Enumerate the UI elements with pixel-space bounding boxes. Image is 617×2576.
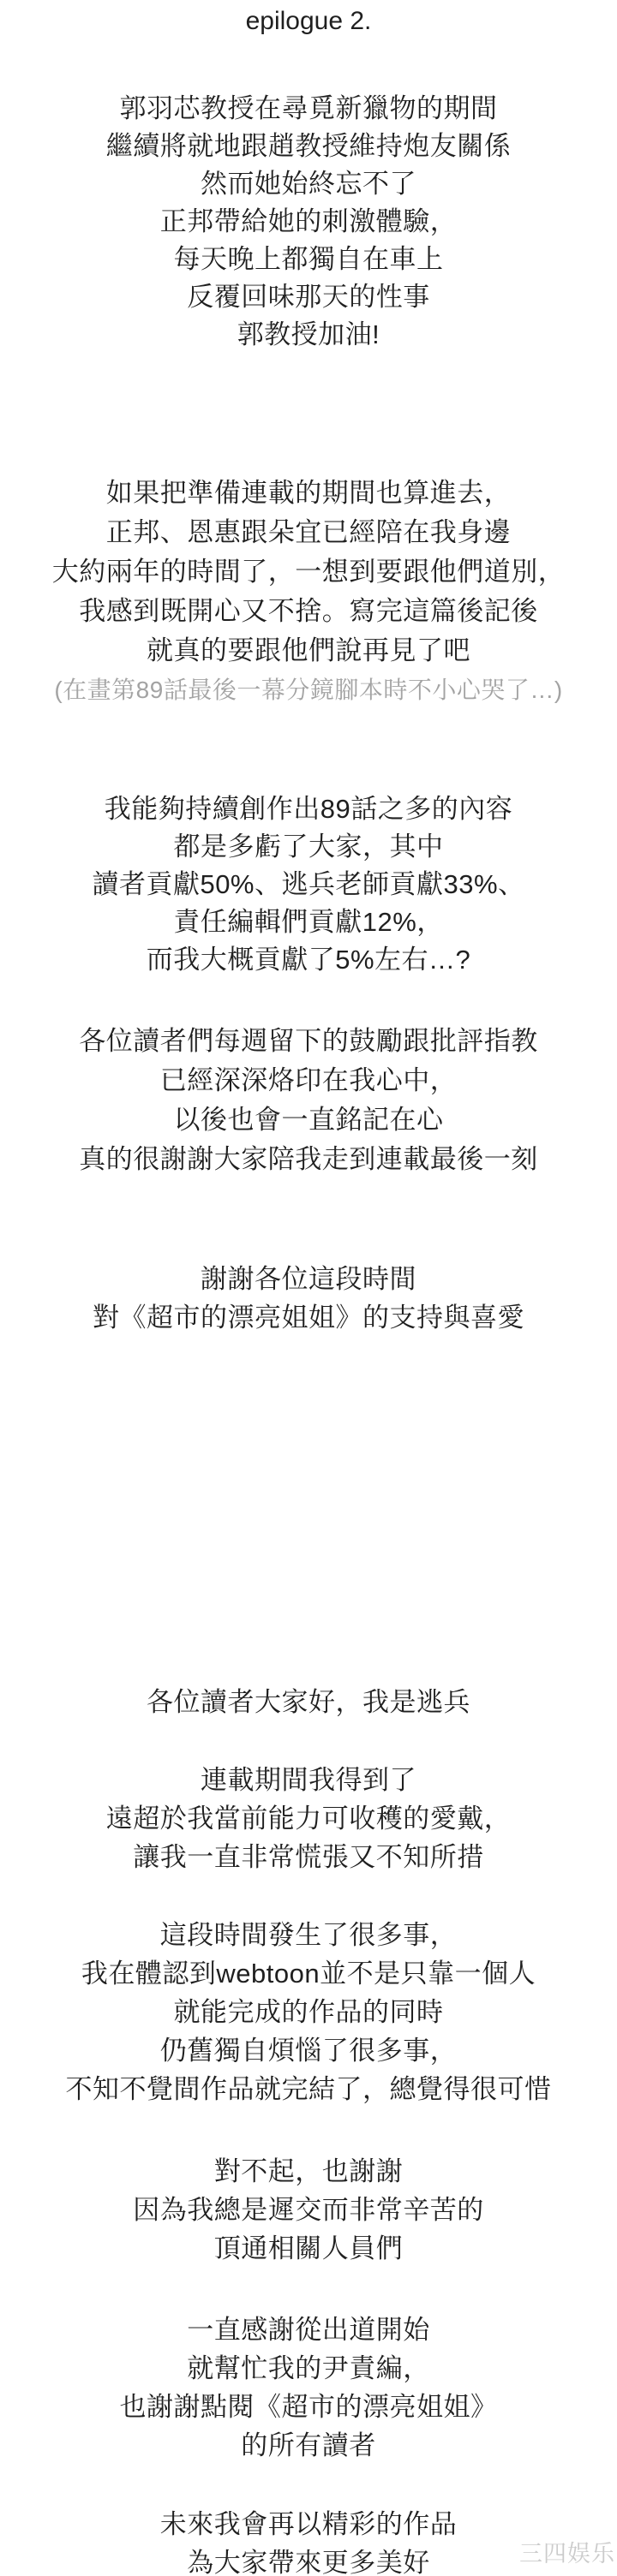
text-line: 我能夠持續創作出89話之多的內容	[0, 790, 617, 828]
text-line: 我在體認到webtoon並不是只靠一個人	[0, 1954, 617, 1993]
text-line: 大約兩年的時間了，一想到要跟他們道別，	[0, 552, 617, 592]
paragraph-reader-feedback-thanks: 各位讀者們每週留下的鼓勵跟批評指教已經深深烙印在我心中，以後也會一直銘記在心真的…	[0, 1022, 617, 1179]
text-line: 正邦帶給她的刺激體驗，	[0, 203, 617, 241]
paragraph-overwhelming-love: 連載期間我得到了遠超於我當前能力可收穫的愛戴，讓我一直非常慌張又不知所措	[0, 1761, 617, 1876]
paragraph-apology-to-staff: 對不起，也謝謝因為我總是遲交而非常辛苦的頂通相關人員們	[0, 2152, 617, 2268]
text-line: 責任編輯們貢獻12%，	[0, 903, 617, 941]
text-line: 各位讀者們每週留下的鼓勵跟批評指教	[0, 1022, 617, 1061]
text-line: 連載期間我得到了	[0, 1761, 617, 1799]
text-line: (在畫第89話最後一幕分鏡腳本時不小心哭了…)	[0, 671, 617, 710]
text-line: 每天晚上都獨自在車上	[0, 241, 617, 278]
text-line: 然而她始終忘不了	[0, 165, 617, 203]
text-line: 就能完成的作品的同時	[0, 1993, 617, 2031]
text-line: 的所有讀者	[0, 2426, 617, 2465]
text-line: 對不起，也謝謝	[0, 2152, 617, 2191]
text-line: 郭教授加油!	[0, 316, 617, 354]
text-line: 我感到既開心又不捨。寫完這篇後記後	[0, 592, 617, 631]
paragraph-contribution-percentages: 我能夠持續創作出89話之多的內容都是多虧了大家，其中讀者貢獻50%、逃兵老師貢獻…	[0, 790, 617, 979]
paragraph-editor-and-reader-thanks: 一直感謝從出道開始就幫忙我的尹責編，也謝謝點閱《超市的漂亮姐姐》的所有讀者	[0, 2311, 617, 2465]
text-line: 這段時間發生了很多事，	[0, 1916, 617, 1954]
text-line: 仍舊獨自煩惱了很多事，	[0, 2031, 617, 2070]
text-line: 謝謝各位這段時間	[0, 1260, 617, 1298]
paragraph-professor-epilogue: 郭羽芯教授在尋覓新獵物的期間繼續將就地跟趙教授維持炮友關係然而她始終忘不了正邦帶…	[0, 90, 617, 354]
text-line: 不知不覺間作品就完結了，總覺得很可惜	[0, 2070, 617, 2108]
text-line: 因為我總是遲交而非常辛苦的	[0, 2191, 617, 2229]
text-line: 就幫忙我的尹責編，	[0, 2349, 617, 2388]
text-line: 真的很謝謝大家陪我走到連載最後一刻	[0, 1140, 617, 1179]
text-line: 都是多虧了大家，其中	[0, 828, 617, 866]
text-line: 反覆回味那天的性事	[0, 278, 617, 316]
paragraph-series-thanks: 謝謝各位這段時間對《超市的漂亮姐姐》的支持與喜愛	[0, 1260, 617, 1337]
paragraph-webtoon-reflection: 這段時間發生了很多事，我在體認到webtoon並不是只靠一個人就能完成的作品的同…	[0, 1916, 617, 2108]
text-line: 遠超於我當前能力可收穫的愛戴，	[0, 1799, 617, 1838]
epilogue-page: epilogue 2. 郭羽芯教授在尋覓新獵物的期間繼續將就地跟趙教授維持炮友關…	[0, 0, 617, 2576]
text-line: 讓我一直非常慌張又不知所措	[0, 1838, 617, 1876]
text-line: 正邦、恩惠跟朵宜已經陪在我身邊	[0, 513, 617, 552]
text-line: 繼續將就地跟趙教授維持炮友關係	[0, 128, 617, 165]
text-line: 已經深深烙印在我心中，	[0, 1061, 617, 1100]
text-line: 就真的要跟他們說再見了吧	[0, 631, 617, 671]
text-line: 以後也會一直銘記在心	[0, 1100, 617, 1140]
site-watermark: 三四娱乐	[519, 2535, 615, 2568]
text-line: 對《超市的漂亮姐姐》的支持與喜愛	[0, 1298, 617, 1337]
page-title: epilogue 2.	[0, 7, 617, 36]
text-line: 頂通相關人員們	[0, 2229, 617, 2268]
text-line: 也謝謝點閱《超市的漂亮姐姐》	[0, 2388, 617, 2426]
text-line: 讀者貢獻50%、逃兵老師貢獻33%、	[0, 866, 617, 903]
text-line: 如果把準備連載的期間也算進去，	[0, 474, 617, 513]
text-line: 各位讀者大家好，我是逃兵	[0, 1683, 617, 1721]
paragraph-farewell-to-characters: 如果把準備連載的期間也算進去，正邦、恩惠跟朵宜已經陪在我身邊大約兩年的時間了，一…	[0, 474, 617, 710]
text-line: 一直感謝從出道開始	[0, 2311, 617, 2349]
text-line: 而我大概貢獻了5%左右…?	[0, 941, 617, 979]
paragraph-artist-greeting: 各位讀者大家好，我是逃兵	[0, 1683, 617, 1721]
text-line: 郭羽芯教授在尋覓新獵物的期間	[0, 90, 617, 128]
